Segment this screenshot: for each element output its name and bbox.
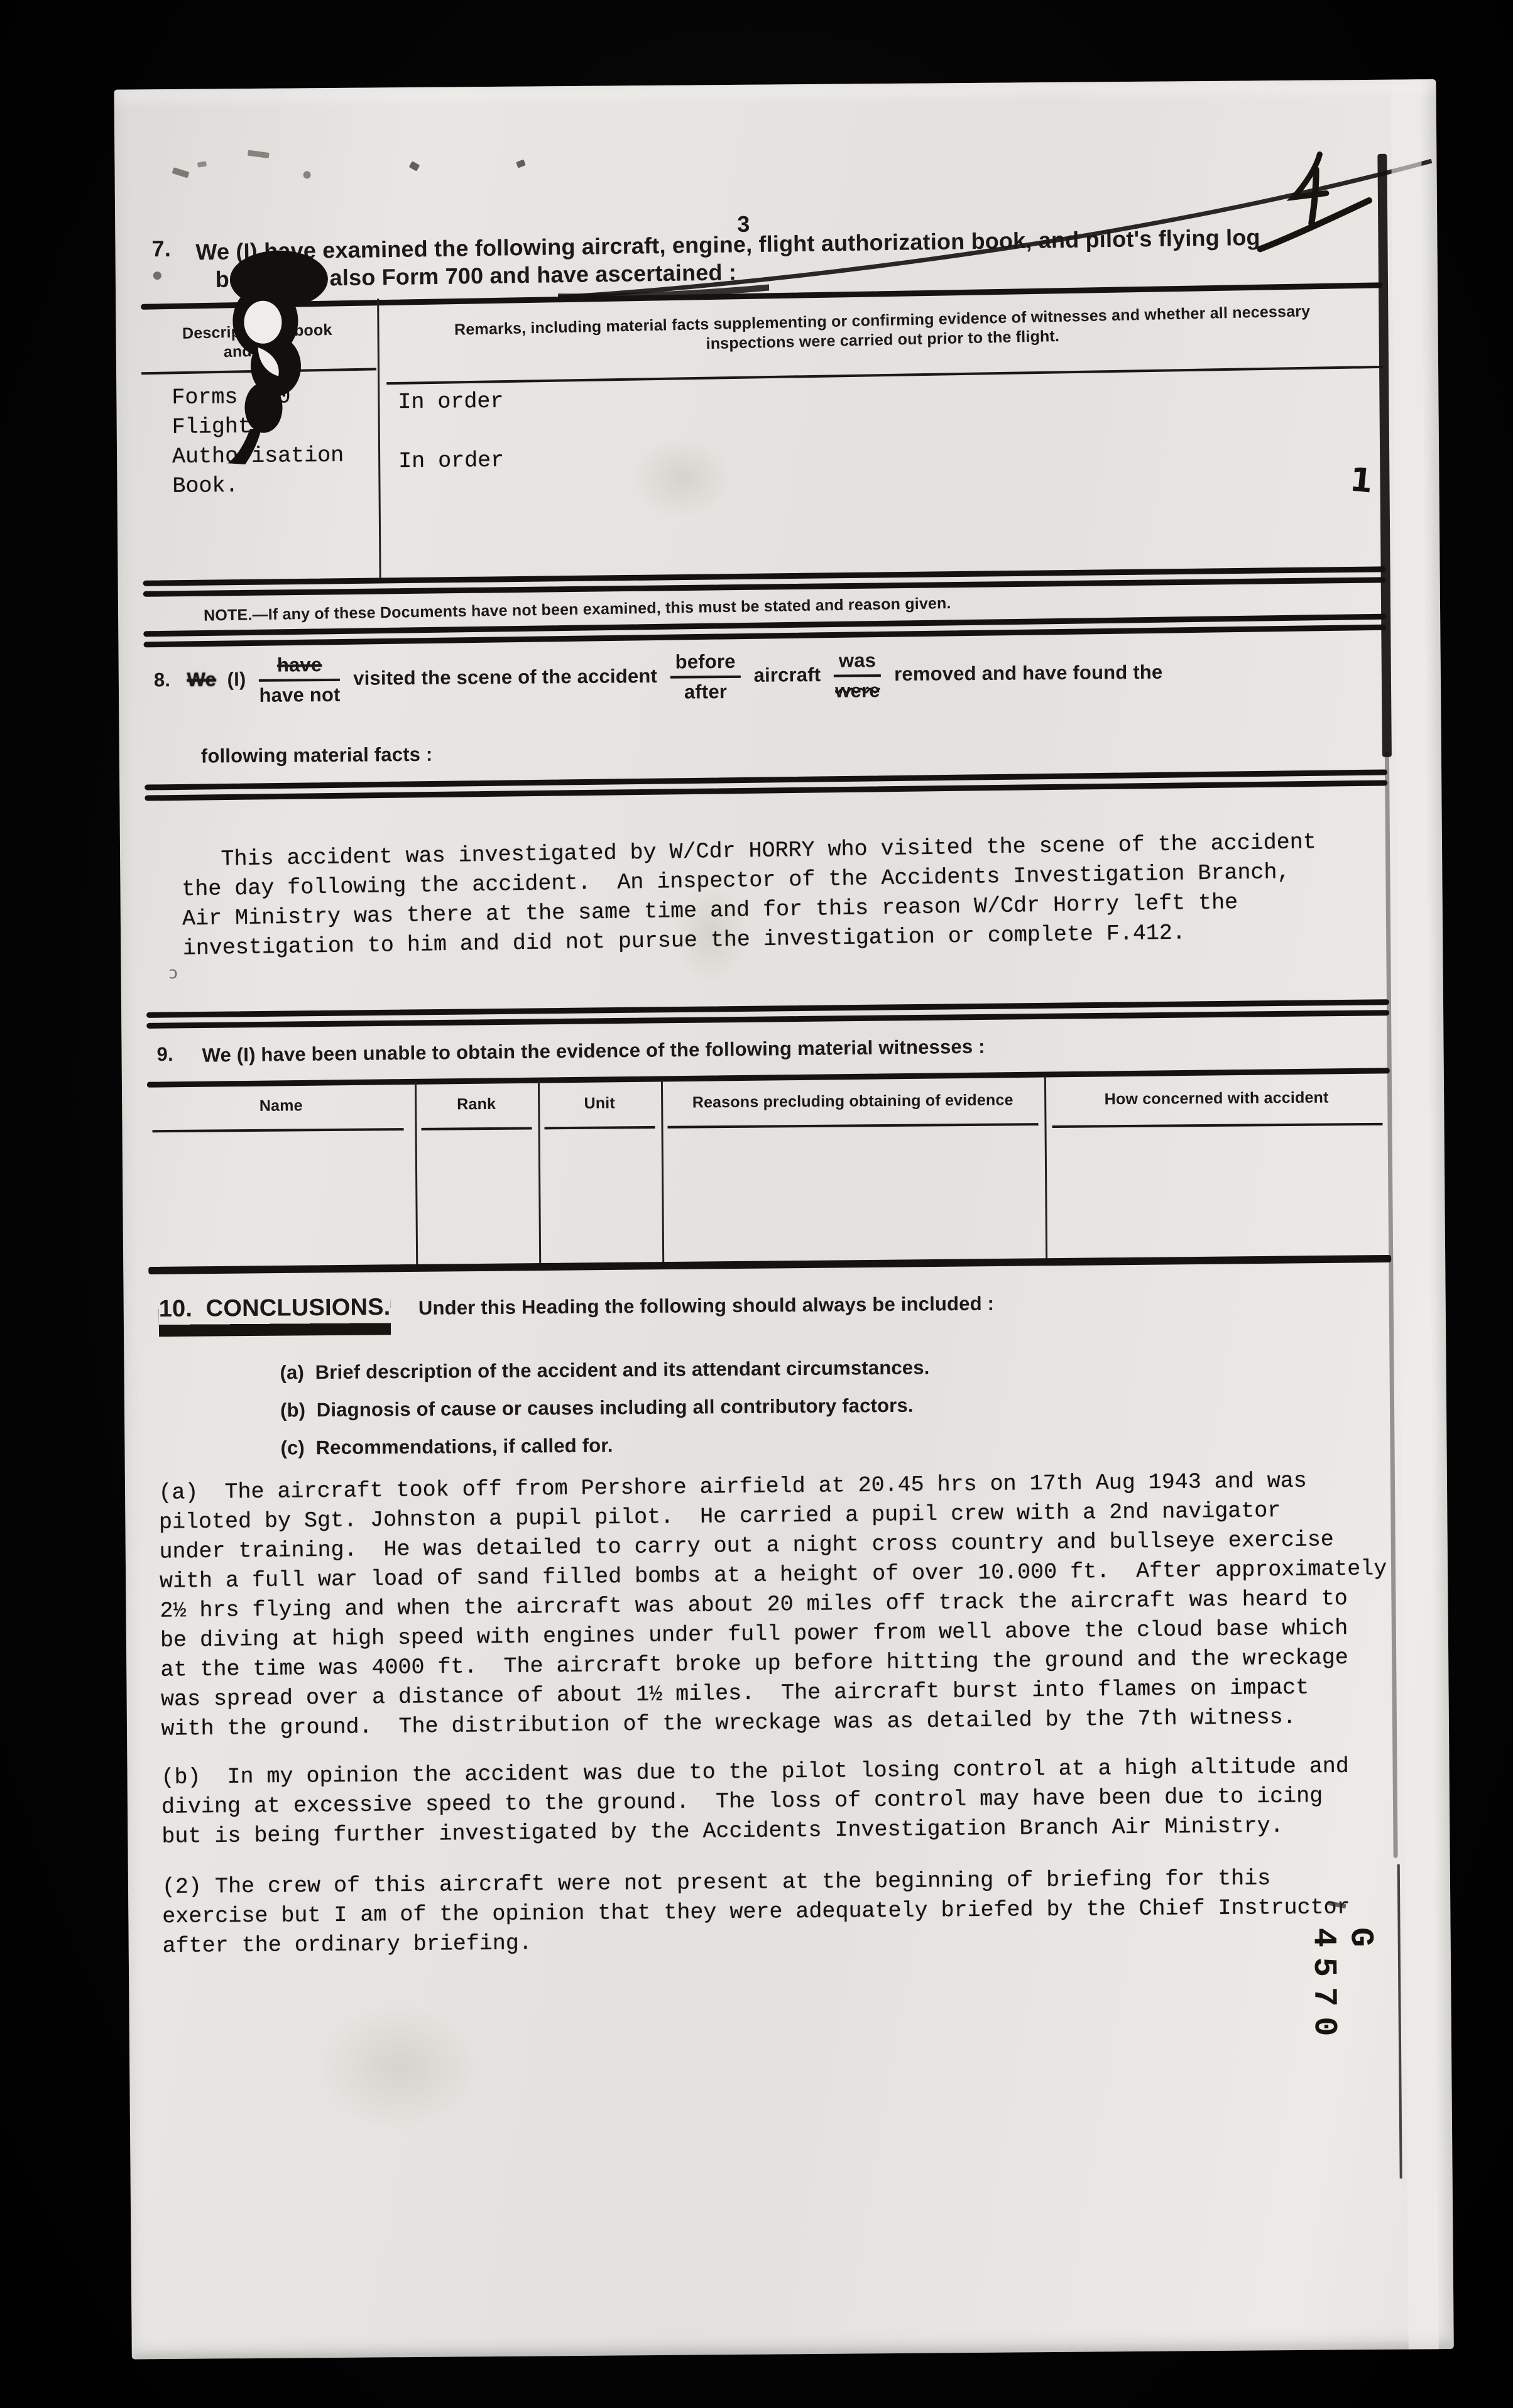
pencil-mark	[248, 150, 270, 158]
section8-text3: removed and have found the	[894, 661, 1162, 685]
ink-speck	[153, 271, 161, 280]
section8-text1: visited the scene of the accident	[353, 665, 657, 689]
section8-number: 8.	[154, 669, 171, 691]
table7-bottom-rule	[143, 566, 1386, 596]
section8-facts-paragraph: This accident was investigated by W/Cdr …	[181, 826, 1414, 964]
section8-have-alternatives: havehave not	[259, 652, 341, 708]
section10-item-c: (c) Recommendations, if called for.	[280, 1433, 613, 1460]
section8-pronoun: (I)	[227, 668, 246, 690]
pencil-mark	[303, 171, 311, 178]
section9-heading: We (I) have been unable to obtain the ev…	[202, 1034, 985, 1068]
section10-heading-row: 10. CONCLUSIONS. Under this Heading the …	[159, 1289, 995, 1323]
witness-col-unit: Unit	[538, 1093, 661, 1114]
section10-title: CONCLUSIONS.	[206, 1294, 391, 1322]
conclusions-paragraph-b: (b) In my opinion the accident was due t…	[161, 1751, 1424, 1852]
section10-item-b: (b) Diagnosis of cause or causes includi…	[280, 1393, 914, 1423]
document-page: 3 7. We (I) have examined the following …	[114, 79, 1454, 2359]
witness-header-underline	[545, 1126, 655, 1129]
ink-blot	[204, 246, 344, 468]
ink-speck	[516, 160, 526, 168]
reference-stamp: G 4570	[1305, 1927, 1380, 2047]
conclusions-paragraph-a: (a) The aircraft took off from Pershore …	[158, 1465, 1424, 1744]
section10-number-title: 10. CONCLUSIONS.	[159, 1294, 391, 1325]
section8-line: 8. We (I) havehave not visited the scene…	[154, 644, 1386, 709]
table7-remark-2: In order	[398, 446, 504, 476]
witness-col-reasons: Reasons precluding obtaining of evidence	[661, 1090, 1044, 1113]
ink-speck	[409, 161, 420, 171]
scanned-photo-background: { "page": { "page_number": "3", "handwri…	[0, 0, 1513, 2408]
paper-stain	[632, 437, 733, 519]
section10-item-a: (a) Brief description of the accident an…	[280, 1355, 929, 1386]
table7-remark-1: In order	[398, 387, 503, 417]
witness-col-concerned: How concerned with accident	[1044, 1088, 1389, 1110]
witness-col-name: Name	[147, 1095, 415, 1117]
section7-number: 7.	[151, 235, 171, 263]
section-divider-rule	[146, 999, 1389, 1029]
witness-table-top-rule	[147, 1068, 1390, 1087]
pencil-mark	[172, 167, 190, 178]
section8-text4: following material facts :	[201, 742, 433, 769]
pencil-mark	[197, 161, 207, 167]
witness-header-underline	[422, 1127, 532, 1130]
handwritten-1-mark: 1	[1348, 461, 1375, 500]
table7-header-underline-right	[386, 366, 1383, 385]
section10-heading-rest: Under this Heading the following should …	[418, 1293, 994, 1319]
conclusions-paragraph-2: (2) The crew of this aircraft were not p…	[162, 1863, 1426, 1961]
paper-stain	[317, 2003, 482, 2130]
section-divider-rule	[145, 769, 1387, 801]
witness-col-rank: Rank	[415, 1094, 538, 1115]
section8-we-struck: We	[187, 669, 216, 691]
witness-header-underline	[1052, 1123, 1383, 1128]
section8-was-were-alternatives: waswere	[834, 648, 882, 704]
section9-number: 9.	[156, 1042, 173, 1067]
section8-text2: aircraft	[753, 664, 821, 686]
witness-header-underline	[667, 1123, 1038, 1129]
witness-header-underline	[153, 1128, 404, 1132]
small-pen-mark: ɔ	[168, 964, 178, 983]
section8-before-after-alternatives: beforeafter	[670, 649, 741, 705]
witness-table-bottom-rule	[148, 1255, 1391, 1274]
table7-column-divider	[377, 298, 381, 580]
